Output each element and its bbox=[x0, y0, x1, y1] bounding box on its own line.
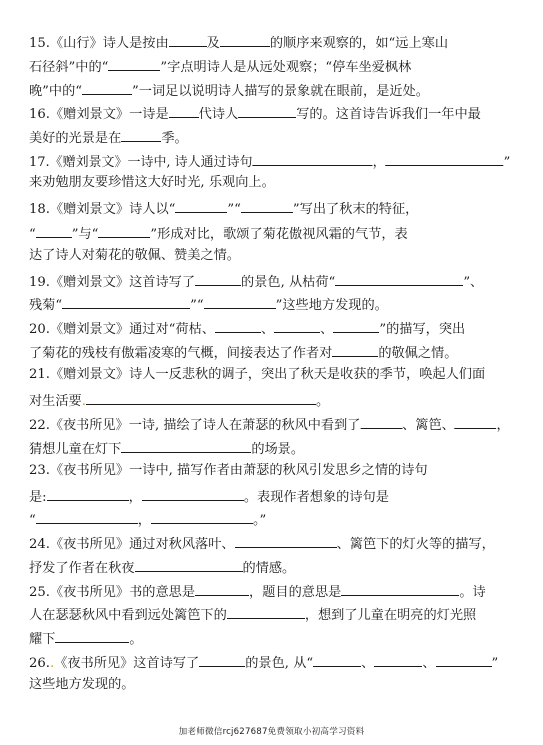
answer-blank[interactable] bbox=[195, 580, 249, 596]
answer-blank[interactable] bbox=[204, 293, 276, 309]
question-line: 21.《赠刘景文》诗人一反悲秋的调子，突出了秋天是收获的季节，唤起人们面 bbox=[29, 365, 485, 385]
answer-blank[interactable] bbox=[175, 197, 227, 213]
answer-blank[interactable] bbox=[55, 627, 129, 643]
question-text: 石径斜”中的“ bbox=[29, 58, 108, 78]
question-line: 24.《夜书所见》通过对秋风落叶、、篱笆下的灯火等的描写， bbox=[29, 532, 495, 552]
answer-blank[interactable] bbox=[151, 508, 253, 524]
question-line: 耀下。 bbox=[29, 627, 143, 647]
answer-blank[interactable] bbox=[238, 102, 296, 118]
question-text: ”“ bbox=[190, 296, 203, 316]
question-text: 人在瑟瑟秋风中看到远处篱笆下的 bbox=[29, 606, 227, 626]
question-line: 26..《夜书所见》这首诗写了的景色, 从“、、” bbox=[29, 651, 498, 671]
question-line: “，。” bbox=[29, 508, 266, 528]
question-text: 22.《夜书所见》一诗, 描绘了诗人在萧瑟的秋风中看到了 bbox=[29, 416, 360, 436]
answer-blank[interactable] bbox=[235, 532, 337, 548]
answer-blank[interactable] bbox=[82, 79, 132, 95]
answer-blank[interactable] bbox=[227, 603, 305, 619]
question-text: ”、 bbox=[463, 273, 483, 293]
answer-blank[interactable] bbox=[199, 651, 245, 667]
question-text: 猜想儿童在灯下 bbox=[29, 440, 121, 460]
answer-blank[interactable] bbox=[169, 102, 199, 118]
question-text: 及 bbox=[207, 34, 220, 54]
question-text: 、 bbox=[261, 320, 274, 340]
question-text: ， bbox=[373, 153, 386, 173]
question-text: 23.《夜书所见》一诗中, 描写作者由萧瑟的秋风引发思乡之情的诗句 bbox=[29, 461, 428, 481]
question-text: 的顺序来观察的，如“远上寒山 bbox=[270, 34, 448, 54]
question-text: 20.《赠刘景文》通过对“荷枯、 bbox=[29, 320, 215, 340]
question-text: 、 bbox=[422, 654, 435, 674]
question-text: “ bbox=[29, 225, 36, 245]
answer-blank[interactable] bbox=[36, 508, 138, 524]
answer-blank[interactable] bbox=[241, 197, 293, 213]
question-line: 抒发了作者在秋夜的情感。 bbox=[29, 556, 295, 576]
answer-blank[interactable] bbox=[47, 485, 129, 501]
answer-blank[interactable] bbox=[98, 222, 150, 238]
question-line: 来劝勉朋友要珍惜这大好时光, 乐观向上。 bbox=[29, 173, 275, 193]
answer-blank[interactable] bbox=[333, 317, 379, 333]
question-line: 残菊“”“”这些地方发现的。 bbox=[29, 293, 388, 313]
answer-blank[interactable] bbox=[121, 126, 161, 142]
question-text: 18.《赠刘景文》诗人以“ bbox=[29, 200, 175, 220]
question-text: 16.《赠刘景文》一诗是 bbox=[29, 105, 169, 125]
question-text: 来劝勉朋友要珍惜这大好时光, 乐观向上。 bbox=[29, 173, 275, 193]
question-text: 。 bbox=[129, 630, 142, 650]
question-line: 17.《赠刘景文》一诗中, 诗人通过诗句，” bbox=[29, 150, 510, 170]
question-text: “ bbox=[29, 511, 36, 531]
question-text: 24.《夜书所见》通过对秋风落叶、 bbox=[29, 535, 235, 555]
answer-blank[interactable] bbox=[142, 485, 244, 501]
question-text: 、 bbox=[320, 320, 333, 340]
answer-blank[interactable] bbox=[274, 317, 320, 333]
question-text: 、 bbox=[361, 654, 374, 674]
question-text: 达了诗人对菊花的敬佩、赞美之情。 bbox=[29, 246, 240, 266]
question-line: 猜想儿童在灯下的场景。 bbox=[29, 437, 304, 457]
question-text: ”的描写，突出 bbox=[379, 320, 465, 340]
question-text: 晚”中的“ bbox=[29, 82, 82, 102]
question-text: ”“ bbox=[227, 200, 240, 220]
question-line: 15.《山行》诗人是按由及的顺序来观察的，如“远上寒山 bbox=[29, 31, 448, 51]
question-text: 的景色, 从枯荷“ bbox=[241, 273, 335, 293]
question-text: 。表现作者想象的诗句是 bbox=[244, 488, 389, 508]
question-text: 25.《夜书所见》书的意思是 bbox=[29, 583, 195, 603]
question-text: ， bbox=[497, 416, 510, 436]
question-text: 是: bbox=[29, 488, 47, 508]
question-text: 的景色, 从“ bbox=[245, 654, 313, 674]
question-text: 、篱笆下的灯火等的描写， bbox=[337, 535, 495, 555]
question-text: 写的。这首诗告诉我们一年中最 bbox=[296, 105, 481, 125]
question-text: ”字点明诗人是从远处观察；“停车坐爱枫林 bbox=[160, 58, 411, 78]
question-text: ， bbox=[129, 488, 142, 508]
question-line: 16.《赠刘景文》一诗是代诗人写的。这首诗告诉我们一年中最 bbox=[29, 102, 481, 122]
question-line: 人在瑟瑟秋风中看到远处篱笆下的，想到了儿童在明亮的灯光照 bbox=[29, 603, 476, 623]
question-text: 季。 bbox=[161, 129, 187, 149]
answer-blank[interactable] bbox=[86, 389, 316, 405]
question-line: 了菊花的残枝有傲霜凌寒的气概，间接表达了作者对的敬佩之情。 bbox=[29, 341, 457, 361]
question-text: 这些地方发现的。 bbox=[29, 675, 135, 695]
question-line: 达了诗人对菊花的敬佩、赞美之情。 bbox=[29, 246, 240, 266]
question-text: ”这些地方发现的。 bbox=[276, 296, 388, 316]
answer-blank[interactable] bbox=[332, 341, 378, 357]
answer-blank[interactable] bbox=[62, 293, 190, 309]
question-text: ，题目的意思是 bbox=[249, 583, 341, 603]
question-text: 17.《赠刘景文》一诗中, 诗人通过诗句 bbox=[29, 153, 253, 173]
question-line: 石径斜”中的“”字点明诗人是从远处观察；“停车坐爱枫林 bbox=[29, 55, 411, 75]
answer-blank[interactable] bbox=[36, 222, 72, 238]
question-text: ”形成对比，歌颂了菊花傲视风霜的气节，表 bbox=[150, 225, 407, 245]
question-text: 21.《赠刘景文》诗人一反悲秋的调子，突出了秋天是收获的季节，唤起人们面 bbox=[29, 365, 485, 385]
question-line: 美好的光景是在季。 bbox=[29, 126, 188, 146]
question-text: 26. bbox=[29, 654, 50, 674]
question-text: 美好的光景是在 bbox=[29, 129, 121, 149]
worksheet-page: 15.《山行》诗人是按由及的顺序来观察的，如“远上寒山石径斜”中的“”字点明诗人… bbox=[0, 0, 543, 745]
question-line: 20.《赠刘景文》通过对“荷枯、、、”的描写，突出 bbox=[29, 317, 465, 337]
answer-blank[interactable] bbox=[108, 55, 160, 71]
question-text: ”与“ bbox=[72, 225, 99, 245]
question-text: 耀下 bbox=[29, 630, 55, 650]
question-text: ，想到了儿童在明亮的灯光照 bbox=[305, 606, 476, 626]
question-text: 抒发了作者在秋夜 bbox=[29, 559, 135, 579]
question-text: 的情感。 bbox=[243, 559, 296, 579]
question-line: 19.《赠刘景文》这首诗写了的景色, 从枯荷“”、 bbox=[29, 270, 483, 290]
footer-note: 加老师微信rcj627687免费领取小初高学习资料 bbox=[0, 725, 543, 737]
answer-blank[interactable] bbox=[169, 31, 207, 47]
answer-blank[interactable] bbox=[121, 437, 251, 453]
question-line: “”与“”形成对比，歌颂了菊花傲视风霜的气节，表 bbox=[29, 222, 408, 242]
question-line: 晚”中的“”一词足以说明诗人描写的景象就在眼前，是近处。 bbox=[29, 79, 429, 99]
answer-blank[interactable] bbox=[455, 413, 497, 429]
question-text: 19.《赠刘景文》这首诗写了 bbox=[29, 273, 195, 293]
question-text: 对生活要 bbox=[29, 392, 82, 412]
answer-blank[interactable] bbox=[253, 150, 373, 166]
question-text: 。” bbox=[253, 511, 266, 531]
question-line: 23.《夜书所见》一诗中, 描写作者由萧瑟的秋风引发思乡之情的诗句 bbox=[29, 461, 428, 481]
question-text: 的场景。 bbox=[251, 440, 304, 460]
answer-blank[interactable] bbox=[341, 580, 459, 596]
question-text: 《夜书所见》这首诗写了 bbox=[54, 654, 199, 674]
answer-blank[interactable] bbox=[195, 270, 241, 286]
answer-blank[interactable] bbox=[436, 651, 492, 667]
question-text: 。诗 bbox=[459, 583, 485, 603]
question-line: 18.《赠刘景文》诗人以“”“”写出了秋末的特征， bbox=[29, 197, 418, 217]
answer-blank[interactable] bbox=[220, 31, 270, 47]
answer-blank[interactable] bbox=[335, 270, 463, 286]
answer-blank[interactable] bbox=[215, 317, 261, 333]
question-line: 这些地方发现的。 bbox=[29, 675, 135, 695]
question-line: 对生活要.。 bbox=[29, 389, 329, 409]
question-text: ”一词足以说明诗人描写的景象就在眼前，是近处。 bbox=[132, 82, 429, 102]
question-text: 、篱笆、 bbox=[402, 416, 455, 436]
answer-blank[interactable] bbox=[374, 651, 422, 667]
question-line: 是:， 。表现作者想象的诗句是 bbox=[29, 485, 389, 505]
answer-blank[interactable] bbox=[360, 413, 402, 429]
question-text: 代诗人 bbox=[199, 105, 239, 125]
answer-blank[interactable] bbox=[135, 556, 243, 572]
question-text: ， bbox=[138, 511, 151, 531]
question-text: 了菊花的残枝有傲霜凌寒的气概，间接表达了作者对 bbox=[29, 344, 332, 364]
answer-blank[interactable] bbox=[386, 150, 504, 166]
question-text: 残菊“ bbox=[29, 296, 62, 316]
question-text: ”写出了秋末的特征， bbox=[293, 200, 418, 220]
question-text: 。 bbox=[316, 392, 329, 412]
answer-blank[interactable] bbox=[313, 651, 361, 667]
question-line: 25.《夜书所见》书的意思是，题目的意思是。诗 bbox=[29, 580, 486, 600]
question-text: 的敬佩之情。 bbox=[378, 344, 457, 364]
question-text: ” bbox=[492, 654, 499, 674]
question-text: ” bbox=[504, 153, 511, 173]
question-line: 22.《夜书所见》一诗, 描绘了诗人在萧瑟的秋风中看到了、篱笆、， bbox=[29, 413, 510, 433]
question-text: 15.《山行》诗人是按由 bbox=[29, 34, 169, 54]
